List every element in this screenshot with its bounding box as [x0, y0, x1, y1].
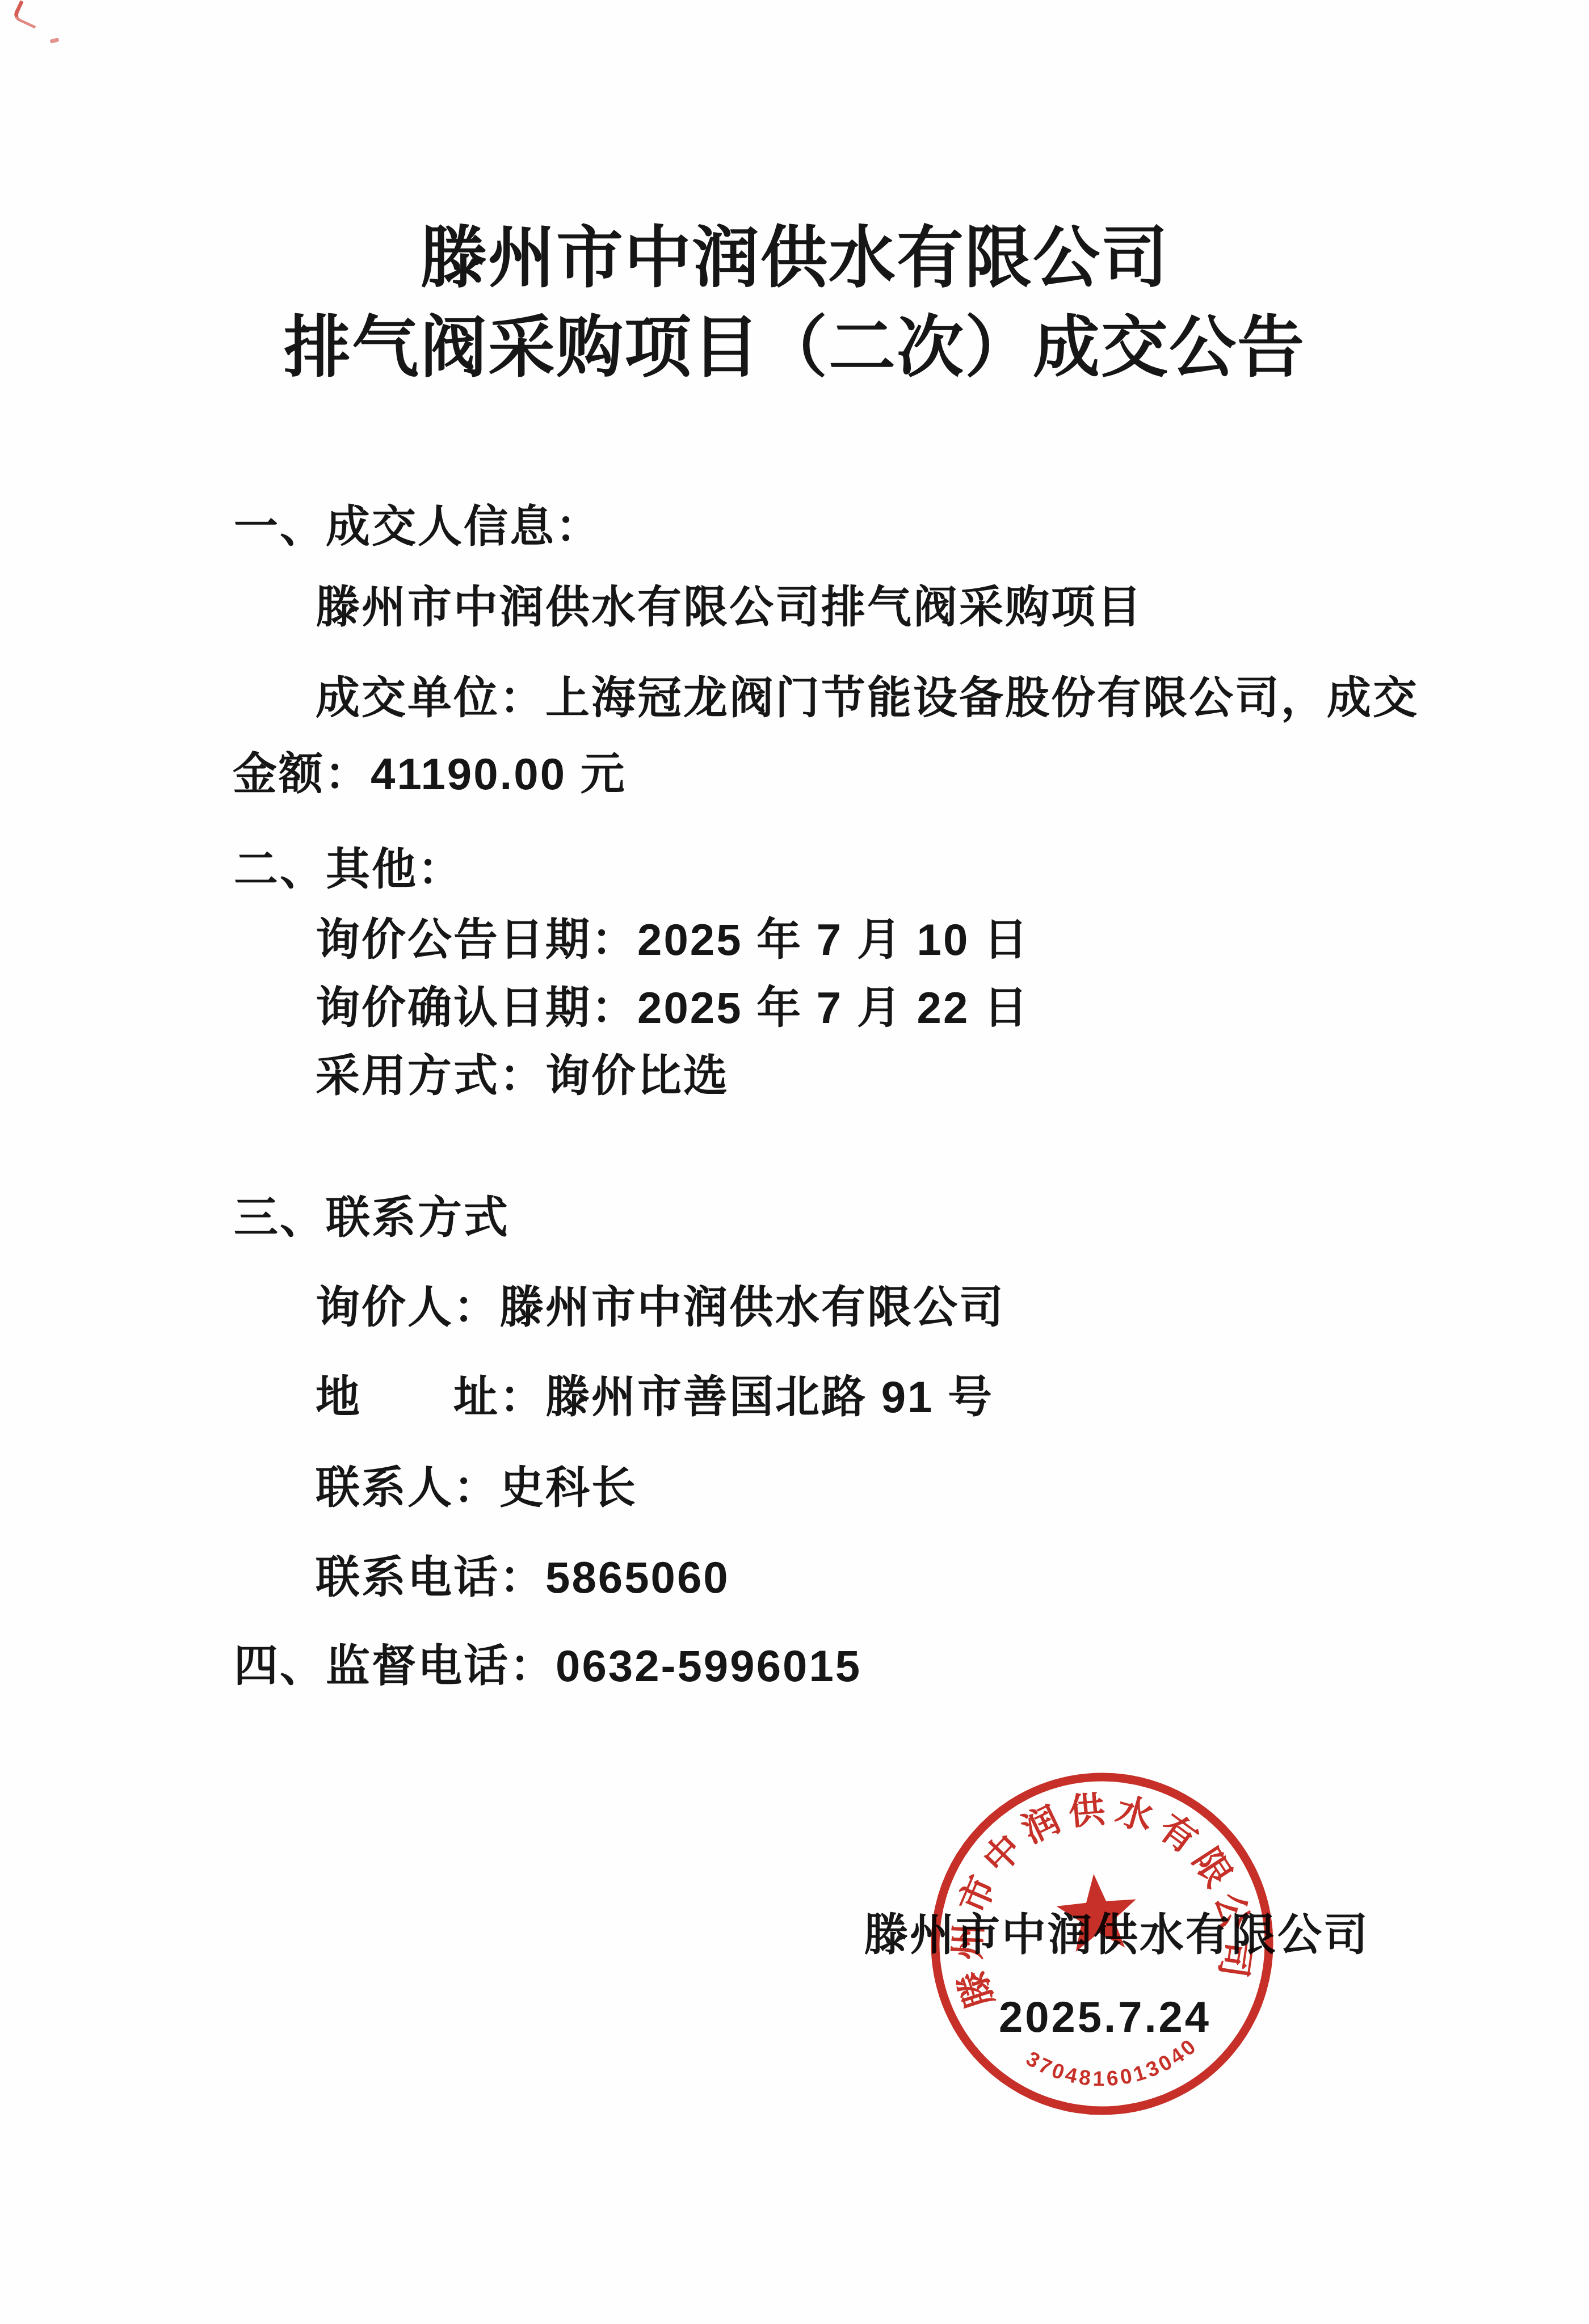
project-name-line: 滕州市中润供水有限公司排气阀采购项目 [316, 582, 1143, 633]
awarded-supplier-line: 成交单位：上海冠龙阀门节能设备股份有限公司，成交 [316, 673, 1419, 724]
red-ink-artifact [12, 0, 44, 29]
inquiry-confirm-date-line: 询价确认日期：2025 年 7 月 22 日 [316, 983, 1029, 1034]
doc-title-line-1: 滕州市中润供水有限公司 [0, 220, 1589, 297]
section-4-heading: 四、监督电话：0632-5996015 [234, 1641, 861, 1692]
scanned-document-page: 滕州市中润供水有限公司 排气阀采购项目（二次）成交公告 一、成交人信息： 滕州市… [0, 0, 1589, 2324]
contact-phone-line: 联系电话：5865060 [316, 1552, 730, 1603]
section-3-heading: 三、联系方式 [234, 1193, 510, 1244]
contact-person-line: 联系人：史科长 [316, 1463, 637, 1514]
section-1-heading: 一、成交人信息： [234, 502, 602, 553]
section-2-heading: 二、其他： [234, 844, 464, 895]
company-seal: 滕州市中润供水有限公司 3704816013040 [901, 1736, 1308, 2167]
award-amount-line: 金额：41190.00 元 [233, 749, 627, 800]
red-ink-artifact [49, 37, 59, 44]
inquirer-line: 询价人：滕州市中润供水有限公司 [316, 1282, 1005, 1333]
address-line: 地 址：滕州市善国北路 91 号 [316, 1372, 994, 1423]
procurement-method-line: 采用方式：询价比选 [316, 1051, 729, 1102]
seal-star-icon [1054, 1871, 1140, 1953]
doc-title-line-2: 排气阀采购项目（二次）成交公告 [0, 310, 1589, 387]
inquiry-announce-date-line: 询价公告日期：2025 年 7 月 10 日 [316, 915, 1029, 966]
seal-code-text: 3704816013040 [1020, 2032, 1205, 2098]
